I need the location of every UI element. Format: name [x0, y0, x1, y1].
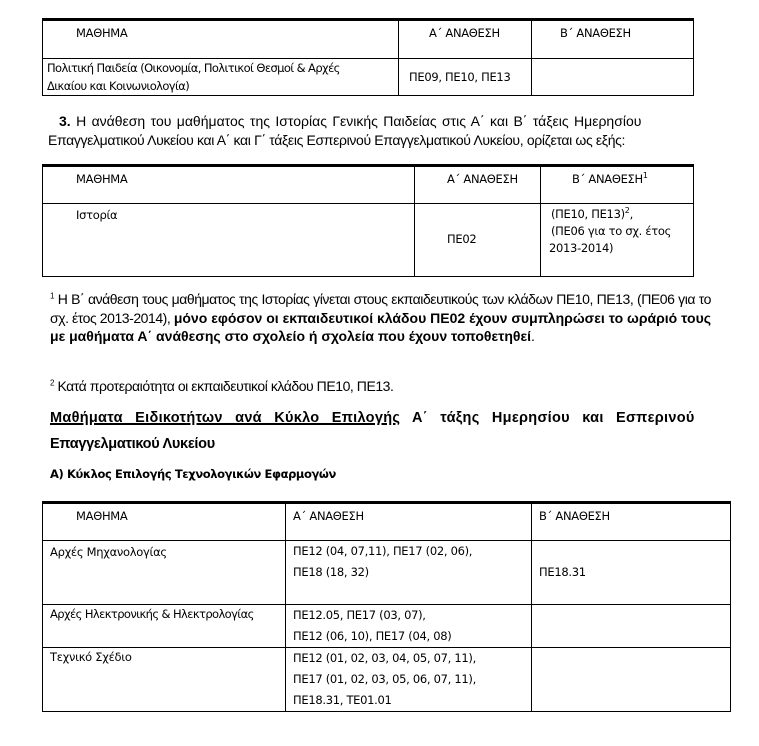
- table-row: Αρχές Μηχανολογίας ΠΕ12 (04, 07,11), ΠΕ1…: [43, 541, 731, 605]
- table-header-row: ΜΑΘΗΜΑ Α΄ ΑΝΑΘΕΣΗ Β΄ ΑΝΑΘΕΣΗ1: [43, 166, 694, 204]
- cell-b-assignment: ΠΕ18.31: [532, 541, 731, 605]
- table-row: Αρχές Ηλεκτρονικής & Ηλεκτρολογίας ΠΕ12.…: [43, 605, 731, 648]
- footnote-2: 2 Κατά προτεραιότητα οι εκπαιδευτικοί κλ…: [50, 377, 711, 396]
- cell-subject: Αρχές Μηχανολογίας: [43, 541, 286, 605]
- table-header-row: ΜΑΘΗΜΑ Α΄ ΑΝΑΘΕΣΗ Β΄ ΑΝΑΘΕΣΗ: [43, 20, 694, 59]
- footnote-1: 1 Η Β΄ ανάθεση τους μαθήματος της Ιστορί…: [50, 290, 711, 346]
- cell-b-assignment: [532, 605, 731, 648]
- cell-a-assignment: ΠΕ02: [415, 204, 541, 277]
- cell-subject: Πολιτική Παιδεία (Οικονομία, Πολιτικοί Θ…: [43, 59, 399, 96]
- header-a-assignment: Α΄ ΑΝΑΘΕΣΗ: [415, 166, 541, 204]
- cell-a-assignment: ΠΕ12 (01, 02, 03, 04, 05, 07, 11), ΠΕ17 …: [286, 648, 532, 712]
- header-a-assignment: Α΄ ΑΝΑΘΕΣΗ: [286, 503, 532, 541]
- table-row: Πολιτική Παιδεία (Οικονομία, Πολιτικοί Θ…: [43, 59, 694, 96]
- cell-a-assignment: ΠΕ09, ΠΕ10, ΠΕ13: [399, 59, 532, 96]
- cell-subject: Τεχνικό Σχέδιο: [43, 648, 286, 712]
- table-row: Ιστορία ΠΕ02 (ΠΕ10, ΠΕ13)2, (ΠΕ06 για το…: [43, 204, 694, 277]
- header-b-assignment: Β΄ ΑΝΑΘΕΣΗ: [532, 20, 694, 59]
- paragraph-3: 3. Η ανάθεση του μαθήματος της Ιστορίας …: [49, 112, 711, 150]
- section-heading-underlined: Μαθήματα Ειδικοτήτων ανά Κύκλο Επιλογής: [50, 410, 400, 426]
- cell-subject: Ιστορία: [43, 204, 415, 277]
- table-kyklos-epilogis: ΜΑΘΗΜΑ Α΄ ΑΝΑΘΕΣΗ Β΄ ΑΝΑΘΕΣΗ Αρχές Μηχαν…: [42, 501, 731, 712]
- header-subject: ΜΑΘΗΜΑ: [43, 20, 399, 59]
- cell-b-assignment: [532, 648, 731, 712]
- table-istoria: ΜΑΘΗΜΑ Α΄ ΑΝΑΘΕΣΗ Β΄ ΑΝΑΘΕΣΗ1 Ιστορία ΠΕ…: [42, 164, 694, 277]
- subheading: Α) Κύκλος Επιλογής Τεχνολογικών Εφαρμογώ…: [50, 467, 336, 481]
- header-subject: ΜΑΘΗΜΑ: [43, 503, 286, 541]
- table-header-row: ΜΑΘΗΜΑ Α΄ ΑΝΑΘΕΣΗ Β΄ ΑΝΑΘΕΣΗ: [43, 503, 731, 541]
- cell-b-assignment: (ΠΕ10, ΠΕ13)2, (ΠΕ06 για το σχ. έτος 201…: [541, 204, 694, 277]
- cell-b-assignment: [532, 59, 694, 96]
- cell-subject: Αρχές Ηλεκτρονικής & Ηλεκτρολογίας: [43, 605, 286, 648]
- table-politiki-paideia: ΜΑΘΗΜΑ Α΄ ΑΝΑΘΕΣΗ Β΄ ΑΝΑΘΕΣΗ Πολιτική Πα…: [42, 18, 694, 96]
- header-b-assignment: Β΄ ΑΝΑΘΕΣΗ1: [541, 166, 694, 204]
- cell-a-assignment: ΠΕ12.05, ΠΕ17 (03, 07), ΠΕ12 (06, 10), Π…: [286, 605, 532, 648]
- cell-a-assignment: ΠΕ12 (04, 07,11), ΠΕ17 (02, 06), ΠΕ18 (1…: [286, 541, 532, 605]
- paragraph-number: 3.: [59, 113, 71, 129]
- header-subject: ΜΑΘΗΜΑ: [43, 166, 415, 204]
- header-b-assignment: Β΄ ΑΝΑΘΕΣΗ: [532, 503, 731, 541]
- table-row: Τεχνικό Σχέδιο ΠΕ12 (01, 02, 03, 04, 05,…: [43, 648, 731, 712]
- header-a-assignment: Α΄ ΑΝΑΘΕΣΗ: [399, 20, 532, 59]
- section-heading: Μαθήματα Ειδικοτήτων ανά Κύκλο Επιλογής …: [50, 410, 692, 452]
